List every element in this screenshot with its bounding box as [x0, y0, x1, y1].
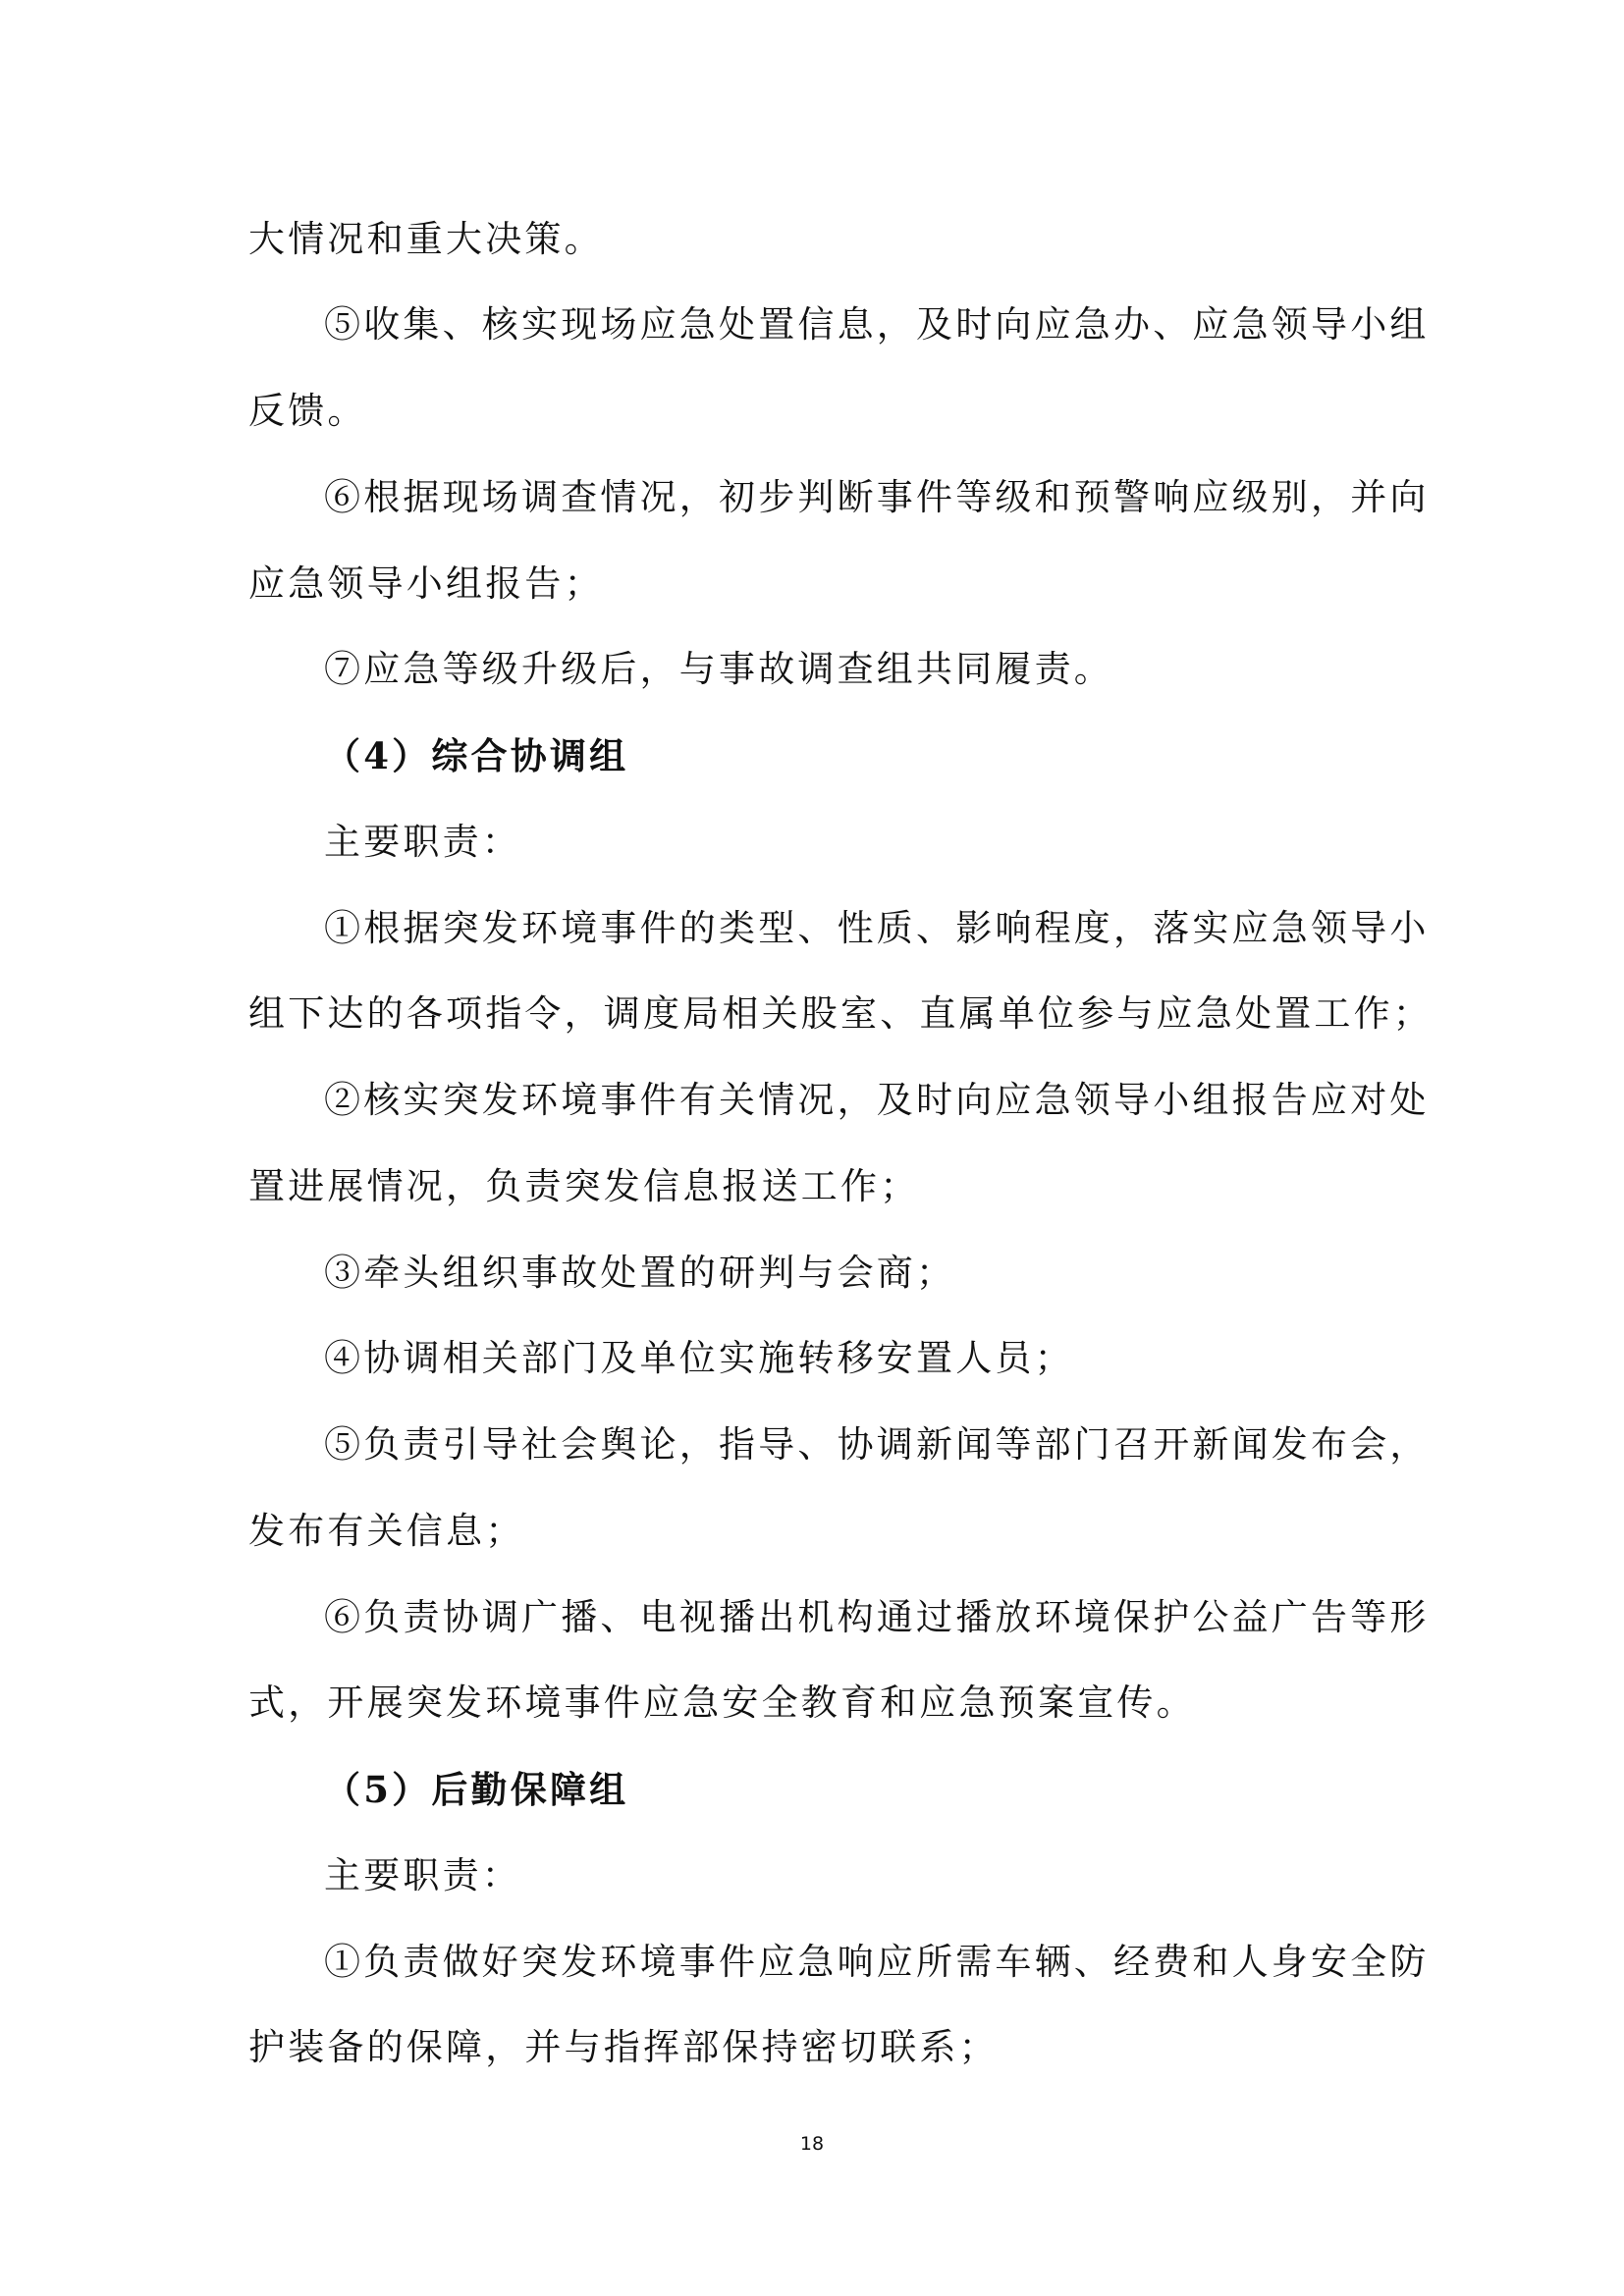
duty-item-2: ②核实突发环境事件有关情况，及时向应急领导小组报告应对处 — [324, 1079, 1387, 1122]
main-duties-label: 主要职责： — [324, 821, 1463, 864]
paragraph-continuation: 置进展情况，负责突发信息报送工作； — [248, 1165, 1387, 1208]
duty-item-5: ⑤负责引导社会舆论，指导、协调新闻等部门召开新闻发布会， — [324, 1423, 1387, 1467]
paragraph-continuation: 应急领导小组报告； — [248, 562, 1387, 606]
duty-item-6: ⑥根据现场调查情况，初步判断事件等级和预警响应级别，并向 — [324, 476, 1387, 519]
section-heading-logistics-group: （5）后勤保障组 — [324, 1768, 1463, 1811]
duty-item-4: ④协调相关部门及单位实施转移安置人员； — [324, 1337, 1463, 1380]
document-page: 大情况和重大决策。 ⑤收集、核实现场应急处置信息，及时向应急办、应急领导小组 反… — [0, 0, 1624, 2296]
paragraph-continuation: 组下达的各项指令，调度局相关股室、直属单位参与应急处置工作； — [248, 992, 1387, 1036]
duty-item-7: ⑦应急等级升级后，与事故调查组共同履责。 — [324, 648, 1463, 691]
paragraph-continuation: 式，开展突发环境事件应急安全教育和应急预案宣传。 — [248, 1682, 1387, 1725]
duty-item-1: ①负责做好突发环境事件应急响应所需车辆、经费和人身安全防 — [324, 1941, 1387, 1984]
paragraph-continuation: 反馈。 — [248, 390, 1387, 433]
section-heading-coordination-group: （4）综合协调组 — [324, 734, 1463, 777]
duty-item-1: ①根据突发环境事件的类型、性质、影响程度，落实应急领导小 — [324, 907, 1387, 950]
main-duties-label: 主要职责： — [324, 1854, 1463, 1897]
paragraph-continuation: 大情况和重大决策。 — [248, 218, 1387, 261]
duty-item-5: ⑤收集、核实现场应急处置信息，及时向应急办、应急领导小组 — [324, 303, 1387, 347]
page-number: 18 — [0, 2133, 1624, 2155]
duty-item-6: ⑥负责协调广播、电视播出机构通过播放环境保护公益广告等形 — [324, 1596, 1387, 1639]
paragraph-continuation: 护装备的保障，并与指挥部保持密切联系； — [248, 2026, 1387, 2069]
duty-item-3: ③牵头组织事故处置的研判与会商； — [324, 1252, 1463, 1295]
paragraph-continuation: 发布有关信息； — [248, 1510, 1387, 1553]
